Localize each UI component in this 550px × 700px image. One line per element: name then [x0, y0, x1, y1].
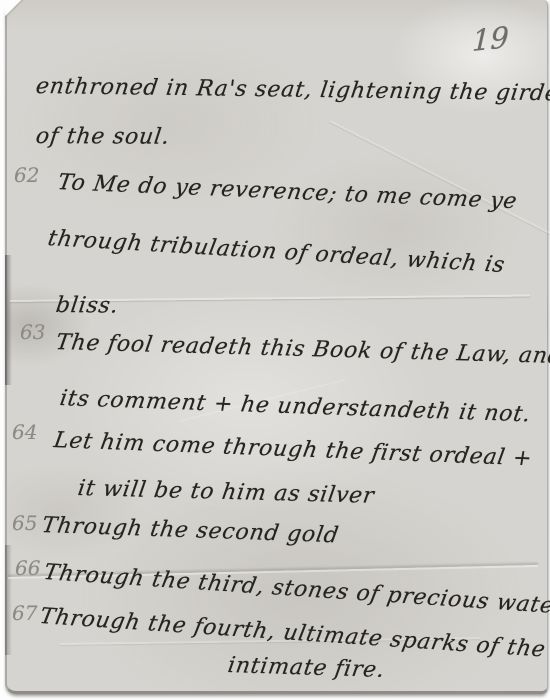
worn-corner-top-left: [5, 0, 29, 24]
paper-edge-shadow: [5, 255, 12, 385]
continuation-line-2: of the soul.: [34, 124, 171, 150]
verse-number-63: 63: [20, 320, 45, 344]
verse-number-67: 67: [12, 601, 37, 625]
verse-67-line-2: intimate fire.: [226, 653, 387, 683]
verse-number-64: 64: [12, 420, 37, 444]
verse-62-line-3: bliss.: [54, 293, 120, 319]
paper-edge-shadow: [5, 545, 12, 655]
page-number: 19: [472, 20, 510, 58]
verse-number-65: 65: [12, 511, 37, 535]
verse-number-66: 66: [15, 556, 40, 580]
verse-number-62: 62: [14, 163, 39, 187]
manuscript-scan: 19 enthroned in Ra's seat, lightening th…: [0, 0, 550, 700]
